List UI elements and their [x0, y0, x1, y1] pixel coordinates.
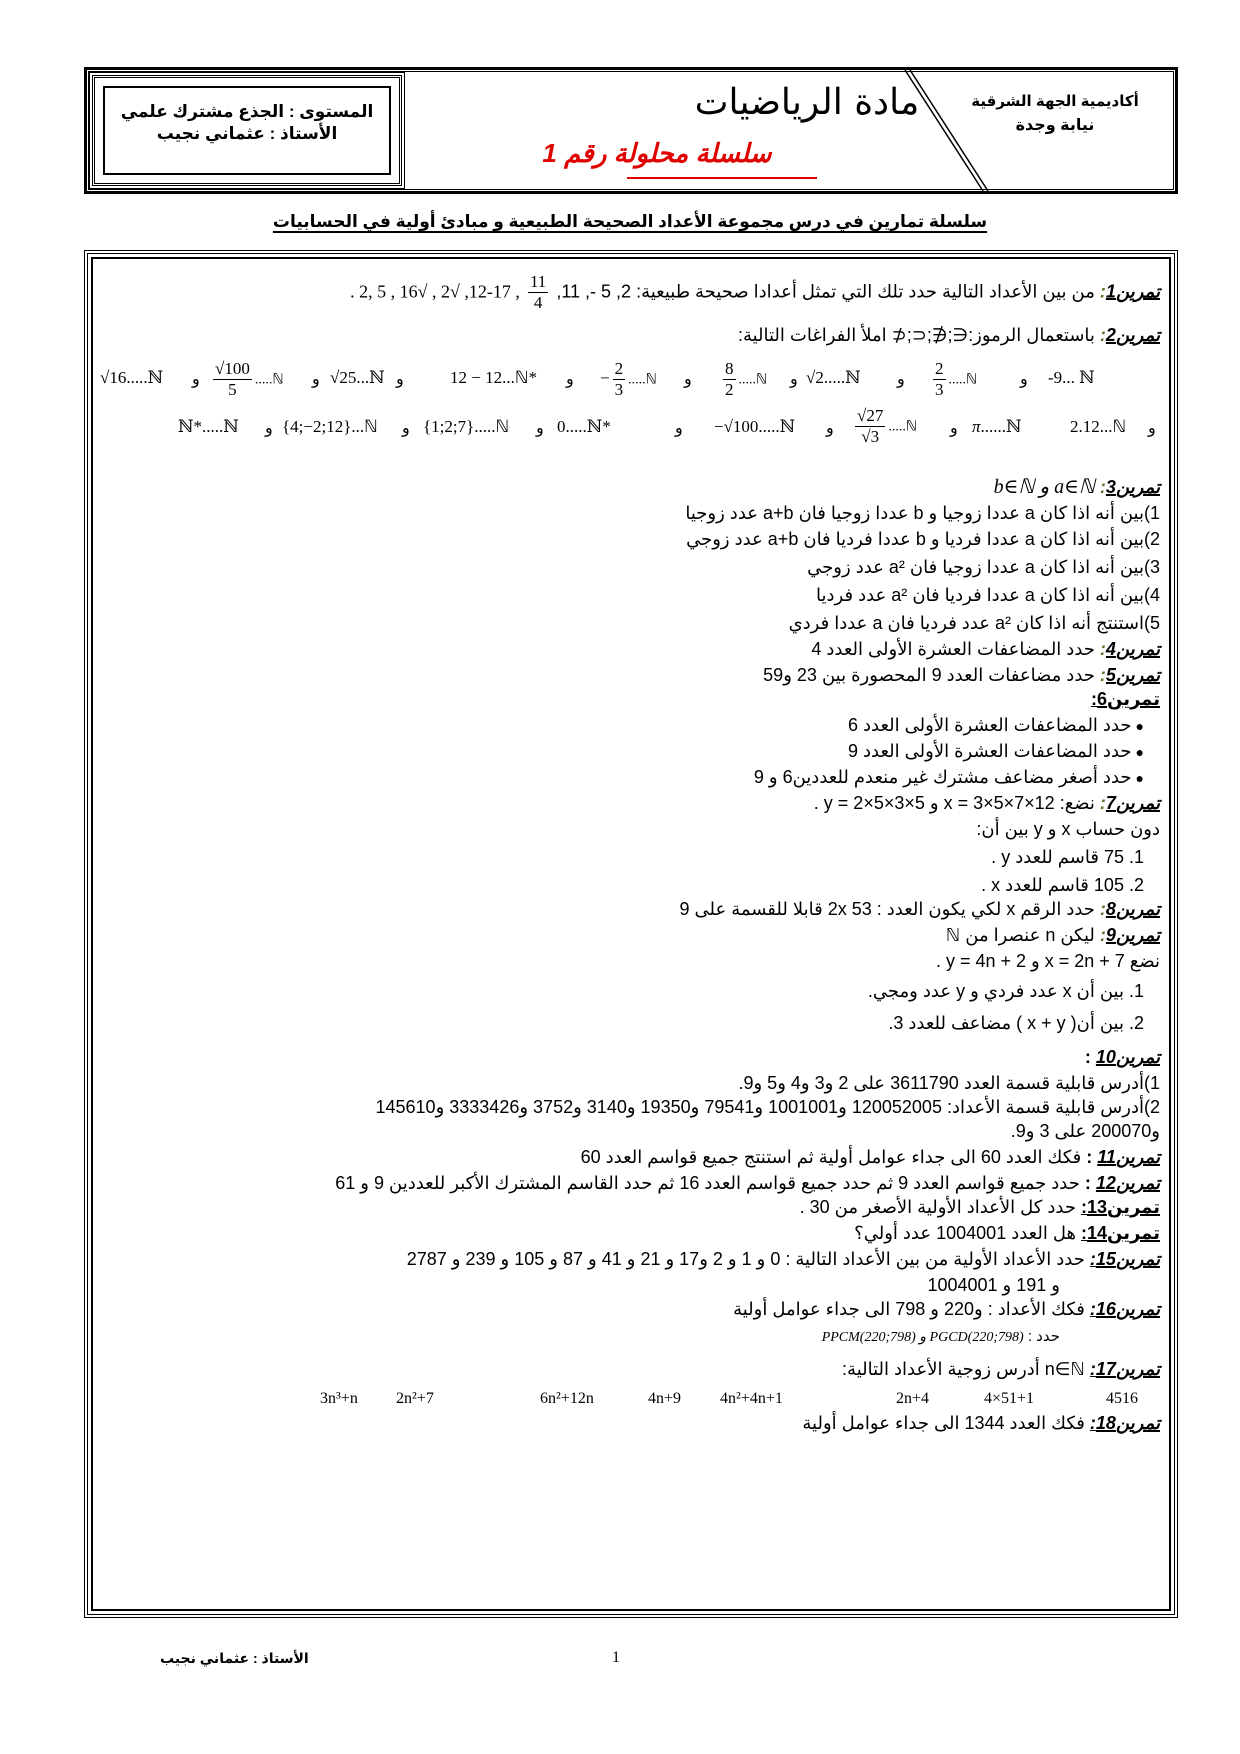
ex2-sqrt2: √2.....ℕ — [806, 365, 861, 391]
exercise-18: تمرين18: فكك العدد 1344 الى جداء عوامل أ… — [802, 1410, 1160, 1436]
ex2-and: و — [1020, 367, 1028, 393]
exercise-10-item-1: 1)أدرس قابلية قسمة العدد 3611790 على 2 و… — [738, 1070, 1160, 1096]
series-title: سلسلة محلولة رقم 1 — [507, 138, 807, 169]
ex2-neg-2-3: −23.....ℕ — [600, 359, 657, 400]
ex2-12-12: 12 − 12...ℕ* — [450, 365, 537, 391]
exercise-3-label: تمرين3 — [1106, 477, 1160, 497]
ex2-sqrt100-5: √1005.....ℕ — [210, 359, 284, 400]
document-header: المستوى : الجذع مشترك علمي الأستاذ : عثم… — [84, 67, 1178, 194]
exercise-17-expressions: 4516 4×51+1 2n+4 4n²+4n+1 4n+9 6n²+12n 2… — [100, 1386, 1160, 1412]
ex2-and: و — [402, 416, 410, 442]
ex2-and: و — [396, 367, 404, 393]
level-teacher-box: المستوى : الجذع مشترك علمي الأستاذ : عثم… — [92, 75, 402, 186]
ex2-sqrt25: √25...ℕ — [330, 365, 385, 391]
label-colon: : — [1085, 1173, 1096, 1193]
ex2-and: و — [536, 416, 544, 442]
exercise-16: تمرين16: فكك الأعداد : و220 و 798 الى جد… — [733, 1296, 1160, 1322]
exercise-13-text: حدد كل الأعداد الأولية الأصغر من 30 . — [800, 1197, 1076, 1217]
ex2-neg9: -9... ℕ — [1048, 365, 1095, 391]
expr-4n2p4np1: 4n²+4n+1 — [720, 1386, 783, 1412]
ex2-and: و — [684, 367, 692, 393]
exercise-15-cont: و 191 و 1004001 — [927, 1272, 1060, 1298]
exercise-9-item-1: 1. بين أن x عدد فردي و y عدد ومجي. — [868, 978, 1144, 1004]
ex2-set-4-neg2-12: {4;−2;12}...ℕ — [282, 414, 378, 440]
exercise-9-text: ليكن n عنصرا من ℕ — [946, 925, 1095, 945]
exercise-2: تمرين2: باستعمال الرموز:∈;∉;⊂;⊄ املأ الف… — [738, 322, 1160, 348]
exercise-16-sub-math: PGCD(220;798) و PPCM(220;798) — [822, 1330, 1024, 1345]
subject-title: مادة الرياضيات — [657, 82, 957, 123]
exercise-6-item-1: ●حدد المضاعفات العشرة الأولى العدد 6 — [848, 712, 1144, 739]
bullet-icon: ● — [1136, 770, 1144, 786]
exercise-3-item-1: 1)بين أنه اذا كان a عددا زوجيا و b عددا … — [685, 500, 1160, 526]
exercise-1: تمرين1: من بين الأعداد التالية حدد تلك ا… — [350, 272, 1160, 313]
exercise-2-row-2: ℕ*.....ℕ و {4;−2;12}...ℕ و {1;2;7}.....ℕ… — [100, 412, 1160, 462]
exercise-7: تمرين7: نضع: x = 3×5×7×12 و y = 2×5×3×5 … — [814, 790, 1160, 816]
expr-6n2p12n: 6n²+12n — [540, 1386, 594, 1412]
teacher-label: الأستاذ : عثماني نجيب — [105, 124, 389, 144]
exercise-10: تمرين10 : — [1085, 1044, 1160, 1070]
ex2-and: و — [675, 416, 683, 442]
exercise-5-label: تمرين5 — [1106, 665, 1160, 685]
ex2-zero-Nstar: 0.....ℕ* — [557, 414, 611, 440]
exercise-16-sub-label: حدد : — [1028, 1328, 1060, 1345]
exercise-7-sub: دون حساب x و y بين أن: — [976, 816, 1160, 842]
exercise-12: تمرين12 : حدد جميع قواسم العدد 9 ثم حدد … — [335, 1170, 1160, 1196]
exercise-16-sub: حدد : PGCD(220;798) و PPCM(220;798) — [822, 1324, 1060, 1351]
exercise-4-label: تمرين4 — [1106, 639, 1160, 659]
exercise-6-item-2: ●حدد المضاعفات العشرة الأولى العدد 9 — [848, 738, 1144, 765]
exercise-17-text: n∈ℕ أدرس زوجية الأعداد التالية: — [842, 1359, 1085, 1379]
exercise-15-label: تمرين15 — [1096, 1249, 1160, 1269]
ex2-set-1-2-7: {1;2;7}.....ℕ — [423, 414, 509, 440]
ex2-2-12: 2.12...ℕ — [1070, 414, 1126, 440]
exercise-2-row-1: √16.....ℕ و √1005.....ℕ و √25...ℕ و 12 −… — [100, 359, 1160, 409]
item-text: حدد المضاعفات العشرة الأولى العدد 9 — [848, 741, 1132, 761]
exercise-11: تمرين11 : فكك العدد 60 الى جداء عوامل أو… — [581, 1144, 1160, 1170]
page-title-text: سلسلة تمارين في درس مجموعة الأعداد الصحي… — [273, 212, 987, 231]
ex2-sqrt16: √16.....ℕ — [100, 365, 163, 391]
expr-4np9: 4n+9 — [648, 1386, 681, 1412]
ex2-and: و — [1148, 416, 1156, 442]
exercise-15: تمرين15: حدد الأعداد الأولية من بين الأع… — [407, 1246, 1160, 1272]
exercise-3-item-5: 5)استنتج أنه اذا كان a² عدد فرديا فان a … — [789, 610, 1160, 636]
exercise-13-label: تمرين13 — [1087, 1197, 1160, 1217]
exercise-3-item-2: 2)بين أنه اذا كان a عددا فرديا و b عددا … — [686, 526, 1160, 552]
academy-name: أكاديمية الجهة الشرقية — [945, 90, 1165, 114]
exercise-10-item-2: 2)أدرس قابلية قسمة الأعداد: 120052005 و1… — [375, 1094, 1160, 1120]
exercise-8-label: تمرين8 — [1106, 899, 1160, 919]
exercise-14: تمرين14: هل العدد 1004001 عدد أولي؟ — [854, 1220, 1160, 1246]
exercise-3-item-3: 3)بين أنه اذا كان a عددا زوجيا فان a² عد… — [807, 554, 1160, 580]
page-title: سلسلة تمارين في درس مجموعة الأعداد الصحي… — [100, 212, 1160, 232]
expr-3n3pn: 3n³+n — [320, 1386, 358, 1412]
bullet-icon: ● — [1136, 718, 1144, 734]
exercise-6: تمرين6: — [1091, 686, 1160, 712]
exercise-13: تمرين13: حدد كل الأعداد الأولية الأصغر م… — [800, 1194, 1160, 1220]
ex2-pi: π......ℕ — [972, 414, 1022, 440]
expr-4x51p1: 4×51+1 — [984, 1386, 1034, 1412]
ex2-and: و — [265, 416, 273, 442]
exercise-1-label: تمرين1 — [1106, 281, 1160, 301]
academy-box: أكاديمية الجهة الشرقية نيابة وجدة — [945, 90, 1165, 138]
ex2-Nstar-N: ℕ*.....ℕ — [178, 414, 239, 440]
fraction-11-4: 114 — [528, 272, 548, 313]
ex2-and: و — [566, 367, 574, 393]
exercise-9-def: نضع x = 2n + 7 و y = 4n + 2 . — [936, 948, 1160, 974]
exercise-2-label: تمرين2 — [1106, 325, 1160, 345]
page-number: 1 — [612, 1649, 620, 1667]
exercise-10-label: تمرين10 — [1096, 1047, 1160, 1067]
diagonal-divider — [905, 70, 908, 191]
exercise-7-label: تمرين7 — [1106, 793, 1160, 813]
ex2-8-2: 82.....ℕ — [720, 359, 767, 400]
expr-2np4: 2n+4 — [896, 1386, 929, 1412]
item-text: حدد أصغر مضاعف مشترك غير منعدم للعددين6 … — [754, 767, 1132, 787]
level-label: المستوى : الجذع مشترك علمي — [105, 102, 389, 122]
exercise-12-text: حدد جميع قواسم العدد 9 ثم حدد جميع قواسم… — [335, 1173, 1080, 1193]
exercise-8: تمرين8: حدد الرقم x لكي يكون العدد : 53 … — [679, 896, 1160, 922]
directorate-name: نيابة وجدة — [945, 114, 1165, 138]
exercise-14-label: تمرين14 — [1087, 1223, 1160, 1243]
ex2-neg-sqrt100: −√100.....ℕ — [714, 414, 795, 440]
expr-4516: 4516 — [1106, 1386, 1138, 1412]
exercise-11-text: فكك العدد 60 الى جداء عوامل أولية ثم است… — [581, 1147, 1082, 1167]
exercise-6-label: تمرين6 — [1097, 689, 1160, 709]
exercise-18-label: تمرين18 — [1096, 1413, 1160, 1433]
frac-den: 4 — [528, 293, 548, 313]
exercise-4: تمرين4: حدد المضاعفات العشرة الأولى العد… — [811, 636, 1160, 662]
exercise-16-label: تمرين16 — [1096, 1299, 1160, 1319]
exercise-8-text: حدد الرقم x لكي يكون العدد : 53 2x قابلا… — [679, 899, 1094, 919]
bullet-icon: ● — [1136, 744, 1144, 760]
frac-num: 11 — [528, 272, 548, 293]
exercise-9-item-2: 2. بين أن( x + y ) مضاعف للعدد 3. — [888, 1010, 1144, 1036]
label-colon: : — [1085, 1047, 1091, 1067]
exercise-7-item-2: 2. 105 قاسم للعدد x . — [981, 872, 1144, 898]
diagonal-line-icon — [905, 70, 985, 191]
exercise-4-text: حدد المضاعفات العشرة الأولى العدد 4 — [811, 639, 1095, 659]
footer-teacher: الأستاذ : عثماني نجيب — [160, 1650, 309, 1667]
ex2-2-3: 23.....ℕ — [930, 359, 977, 400]
exercise-10-item-2-cont: و200070 على 3 و9. — [1011, 1118, 1160, 1144]
ex2-and: و — [790, 367, 798, 393]
exercise-3-intro: a∈ℕ و b∈ℕ — [994, 476, 1095, 498]
exercise-11-label: تمرين11 — [1097, 1147, 1160, 1167]
ex2-and: و — [312, 367, 320, 393]
exercise-18-text: فكك العدد 1344 الى جداء عوامل أولية — [802, 1413, 1085, 1433]
exercise-7-item-1: 1. 75 قاسم للعدد y . — [991, 844, 1144, 870]
exercise-1-text: من بين الأعداد التالية حدد تلك التي تمثل… — [551, 281, 1095, 301]
exercise-1-tail: , 17-12, √2 , √16 , 5 ,2 . — [350, 281, 520, 301]
series-underline — [627, 177, 817, 179]
exercise-17-label: تمرين17 — [1096, 1359, 1160, 1379]
exercise-17: تمرين17: n∈ℕ أدرس زوجية الأعداد التالية: — [842, 1356, 1160, 1382]
exercise-9-label: تمرين9 — [1106, 925, 1160, 945]
label-colon: : — [1081, 1147, 1097, 1167]
exercise-14-text: هل العدد 1004001 عدد أولي؟ — [854, 1223, 1076, 1243]
exercise-6-item-3: ●حدد أصغر مضاعف مشترك غير منعدم للعددين6… — [754, 764, 1144, 791]
exercise-5-text: حدد مضاعفات العدد 9 المحصورة بين 23 و59 — [763, 665, 1095, 685]
exercise-16-text: فكك الأعداد : و220 و 798 الى جداء عوامل … — [733, 1299, 1085, 1319]
expr-2n2p7: 2n²+7 — [396, 1386, 434, 1412]
exercise-3-item-4: 4)بين أنه اذا كان a عددا فرديا فان a² عد… — [816, 582, 1160, 608]
exercise-2-text: باستعمال الرموز:∈;∉;⊂;⊄ املأ الفراغات ال… — [738, 325, 1095, 345]
exercise-5: تمرين5: حدد مضاعفات العدد 9 المحصورة بين… — [763, 662, 1160, 688]
exercise-3: تمرين3: a∈ℕ و b∈ℕ — [994, 474, 1160, 500]
item-text: حدد المضاعفات العشرة الأولى العدد 6 — [848, 715, 1132, 735]
exercise-12-label: تمرين12 — [1096, 1173, 1160, 1193]
ex2-sqrt27-sqrt3: √27√3.....ℕ — [852, 406, 917, 447]
ex2-and: و — [950, 416, 958, 442]
ex2-and: و — [897, 367, 905, 393]
ex2-and: و — [192, 367, 200, 393]
exercise-15-text: حدد الأعداد الأولية من بين الأعداد التال… — [407, 1249, 1085, 1269]
exercise-9: تمرين9: ليكن n عنصرا من ℕ — [946, 922, 1160, 948]
exercise-7-text: نضع: x = 3×5×7×12 و y = 2×5×3×5 . — [814, 793, 1095, 813]
ex2-and: و — [826, 416, 834, 442]
